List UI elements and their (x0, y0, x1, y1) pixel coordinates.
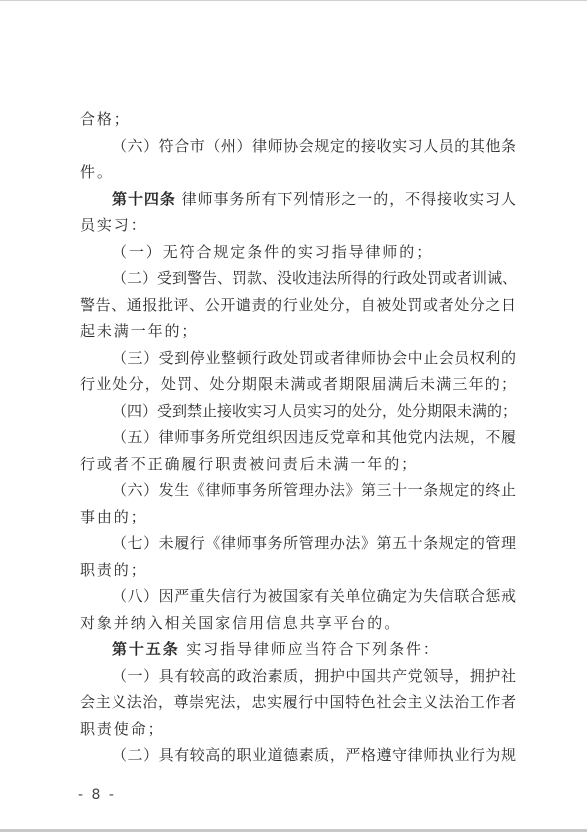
text-line: （八）因严重失信行为被国家有关单位确定为失信联合惩戒 (80, 583, 516, 610)
article-15-heading: 第十五条 (112, 640, 180, 658)
text-line: 职责使命； (80, 716, 516, 743)
text-line: （三）受到停业整顿行政处罚或者律师协会中止会员权利的 (80, 345, 516, 372)
text-line: 员实习： (80, 212, 516, 239)
document-body: 合格； （六）符合市（州）律师协会规定的接收实习人员的其他条 件。 第十四条 律… (80, 106, 516, 769)
text-line: （五）律师事务所党组织因违反党章和其他党内法规，不履 (80, 424, 516, 451)
text-line: （六）发生《律师事务所管理办法》第三十一条规定的终止 (80, 477, 516, 504)
text-line: （七）未履行《律师事务所管理办法》第五十条规定的管理 (80, 530, 516, 557)
text-line: （六）符合市（州）律师协会规定的接收实习人员的其他条 (80, 133, 516, 160)
text-line: 会主义法治，尊崇宪法，忠实履行中国特色社会主义法治工作者 (80, 689, 516, 716)
text-line: 行或者不正确履行职责被问责后未满一年的； (80, 451, 516, 478)
page-number: - 8 - (78, 787, 116, 803)
top-border (0, 0, 587, 1)
text-line: （二）受到警告、罚款、没收违法所得的行政处罚或者训诫、 (80, 265, 516, 292)
text-line: 警告、通报批评、公开谴责的行业处分，自被处罚或者处分之日 (80, 292, 516, 319)
article-heading-line: 第十四条 律师事务所有下列情形之一的，不得接收实习人 (80, 186, 516, 213)
text-line: 行业处分，处罚、处分期限未满或者期限届满后未满三年的； (80, 371, 516, 398)
article-heading-line: 第十五条 实习指导律师应当符合下列条件： (80, 636, 516, 663)
text-line: （四）受到禁止接收实习人员实习的处分，处分期限未满的； (80, 398, 516, 425)
text-line: 合格； (80, 106, 516, 133)
text-line: （一）无符合规定条件的实习指导律师的； (80, 239, 516, 266)
article-14-text: 律师事务所有下列情形之一的，不得接收实习人 (176, 190, 516, 208)
article-14-heading: 第十四条 (112, 190, 176, 208)
text-line: 起未满一年的； (80, 318, 516, 345)
text-line: 职责的； (80, 557, 516, 584)
text-line: （一）具有较高的政治素质，拥护中国共产党领导，拥护社 (80, 663, 516, 690)
text-line: （二）具有较高的职业道德素质，严格遵守律师执业行为规 (80, 742, 516, 769)
text-line: 对象并纳入相关国家信用信息共享平台的。 (80, 610, 516, 637)
text-line: 事由的； (80, 504, 516, 531)
article-15-text: 实习指导律师应当符合下列条件： (180, 640, 440, 658)
text-line: 件。 (80, 159, 516, 186)
